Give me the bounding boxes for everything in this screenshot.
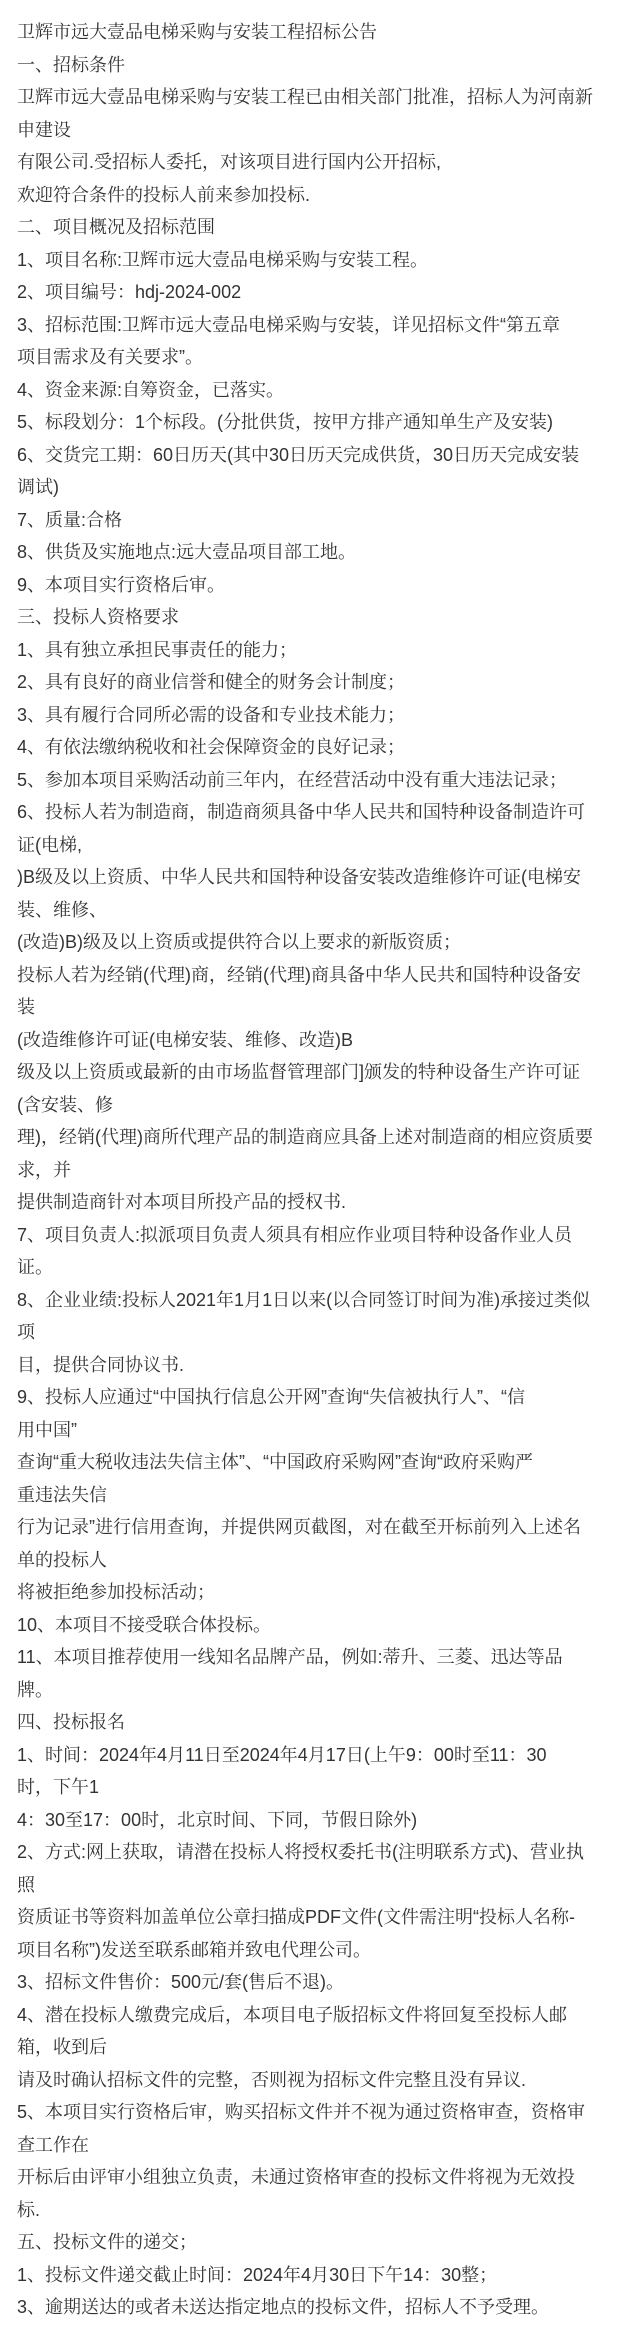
text-line: 一、招标条件 [17,49,612,82]
text-line: 1、时间：2024年4月11日至2024年4月17日(上午9：00时至11：30 [17,1739,612,1772]
text-line: (改造)B)级及以上资质或提供符合以上要求的新版资质； [17,926,612,959]
text-line: 1、具有独立承担民事责任的能力； [17,634,612,667]
text-line: 4：30至17：00时，北京时间、下同，节假日除外) [17,1804,612,1837]
text-line: 查工作在 [17,2129,612,2162]
text-line: 箱，收到后 [17,2031,612,2064]
text-line: 提供制造商针对本项目所投产品的授权书. [17,1186,612,1219]
text-line: 用中国” [17,1414,612,1447]
text-line: 8、企业业绩:投标人2021年1月1日以来(以合同签订时间为准)承接过类似 [17,1284,612,1317]
text-line: 6、交货完工期：60日历天(其中30日历天完成供货，30日历天完成安装 [17,439,612,472]
text-line: 照 [17,1869,612,1902]
text-line: 证。 [17,1251,612,1284]
text-line: 5、参加本项目采购活动前三年内，在经营活动中没有重大违法记录； [17,764,612,797]
text-line: 8、供货及实施地点:远大壹品项目部工地。 [17,536,612,569]
text-line: 4、资金来源:自筹资金，已落实。 [17,374,612,407]
text-line: 申建设 [17,114,612,147]
text-line: 3、招标文件售价：500元/套(售后不退)。 [17,1966,612,1999]
text-line: 卫辉市远大壹品电梯采购与安装工程已由相关部门批准，招标人为河南新 [17,81,612,114]
text-line: 二、项目概况及招标范围 [17,211,612,244]
text-line: 5、标段划分：1个标段。(分批供货，按甲方排产通知单生产及安装) [17,406,612,439]
text-line: 项目需求及有关要求”。 [17,341,612,374]
text-line: 开标后由评审小组独立负责，未通过资格审查的投标文件将视为无效投 [17,2161,612,2194]
text-line: 五、投标文件的递交； [17,2226,612,2259]
text-line: 装、维修、 [17,894,612,927]
text-line: 标. [17,2194,612,2227]
text-line: 装 [17,991,612,1024]
text-line: 调试) [17,471,612,504]
text-line: 7、质量:合格 [17,504,612,537]
text-line: 2、方式:网上获取，请潜在投标人将授权委托书(注明联系方式)、营业执 [17,1836,612,1869]
text-line: 目，提供合同协议书. [17,1349,612,1382]
text-line: 项 [17,1316,612,1349]
text-line: 3、逾期送达的或者未送达指定地点的投标文件，招标人不予受理。 [17,2291,612,2324]
text-line: (改造维修许可证(电梯安装、维修、改造)B [17,1024,612,1057]
text-line: 6、投标人若为制造商，制造商须具备中华人民共和国特种设备制造许可 [17,796,612,829]
document-body: 一、招标条件卫辉市远大壹品电梯采购与安装工程已由相关部门批准，招标人为河南新申建… [17,49,612,2324]
text-line: 资质证书等资料加盖单位公章扫描成PDF文件(文件需注明“投标人名称- [17,1901,612,1934]
text-line: 理)，经销(代理)商所代理产品的制造商应具备上述对制造商的相应资质要 [17,1121,612,1154]
text-line: 有限公司.受招标人委托，对该项目进行国内公开招标, [17,146,612,179]
text-line: )B级及以上资质、中华人民共和国特种设备安装改造维修许可证(电梯安 [17,861,612,894]
text-line: 将被拒绝参加投标活动； [17,1576,612,1609]
text-line: 11、本项目推荐使用一线知名品牌产品，例如:蒂升、三菱、迅达等品 [17,1641,612,1674]
text-line: 欢迎符合条件的投标人前来参加投标. [17,179,612,212]
text-line: 单的投标人 [17,1544,612,1577]
tender-announcement-document: 卫辉市远大壹品电梯采购与安装工程招标公告 一、招标条件卫辉市远大壹品电梯采购与安… [0,0,620,2350]
text-line: 项目名称”)发送至联系邮箱并致电代理公司。 [17,1934,612,1967]
text-line: 5、本项目实行资格后审，购买招标文件并不视为通过资格审查，资格审 [17,2096,612,2129]
text-line: 2、项目编号：hdj-2024-002 [17,276,612,309]
text-line: 4、潜在投标人缴费完成后，本项目电子版招标文件将回复至投标人邮 [17,1999,612,2032]
document-title: 卫辉市远大壹品电梯采购与安装工程招标公告 [17,16,612,49]
text-line: 查询“重大税收违法失信主体”、“中国政府采购网”查询“政府采购严 [17,1446,612,1479]
text-line: 9、本项目实行资格后审。 [17,569,612,602]
text-line: 重违法失信 [17,1479,612,1512]
text-line: 四、投标报名 [17,1706,612,1739]
text-line: 求，并 [17,1154,612,1187]
text-line: 10、本项目不接受联合体投标。 [17,1609,612,1642]
text-line: 请及时确认招标文件的完整，否则视为招标文件完整且没有异议. [17,2064,612,2097]
text-line: 2、具有良好的商业信誉和健全的财务会计制度； [17,666,612,699]
text-line: 行为记录”进行信用查询，并提供网页截图，对在截至开标前列入上述名 [17,1511,612,1544]
text-line: 7、项目负责人:拟派项目负责人须具有相应作业项目特种设备作业人员 [17,1219,612,1252]
text-line: (含安装、修 [17,1089,612,1122]
text-line: 3、具有履行合同所必需的设备和专业技术能力； [17,699,612,732]
text-line: 三、投标人资格要求 [17,601,612,634]
text-line: 4、有依法缴纳税收和社会保障资金的良好记录； [17,731,612,764]
text-line: 时，下午1 [17,1771,612,1804]
text-line: 证(电梯, [17,829,612,862]
text-line: 3、招标范围:卫辉市远大壹品电梯采购与安装，详见招标文件“第五章 [17,309,612,342]
text-line: 牌。 [17,1674,612,1707]
text-line: 1、投标文件递交截止时间：2024年4月30日下午14：30整； [17,2259,612,2292]
text-line: 1、项目名称:卫辉市远大壹品电梯采购与安装工程。 [17,244,612,277]
text-line: 投标人若为经销(代理)商，经销(代理)商具备中华人民共和国特种设备安 [17,959,612,992]
text-line: 9、投标人应通过“中国执行信息公开网”查询“失信被执行人”、“信 [17,1381,612,1414]
text-line: 级及以上资质或最新的由市场监督管理部门]颁发的特种设备生产许可证 [17,1056,612,1089]
